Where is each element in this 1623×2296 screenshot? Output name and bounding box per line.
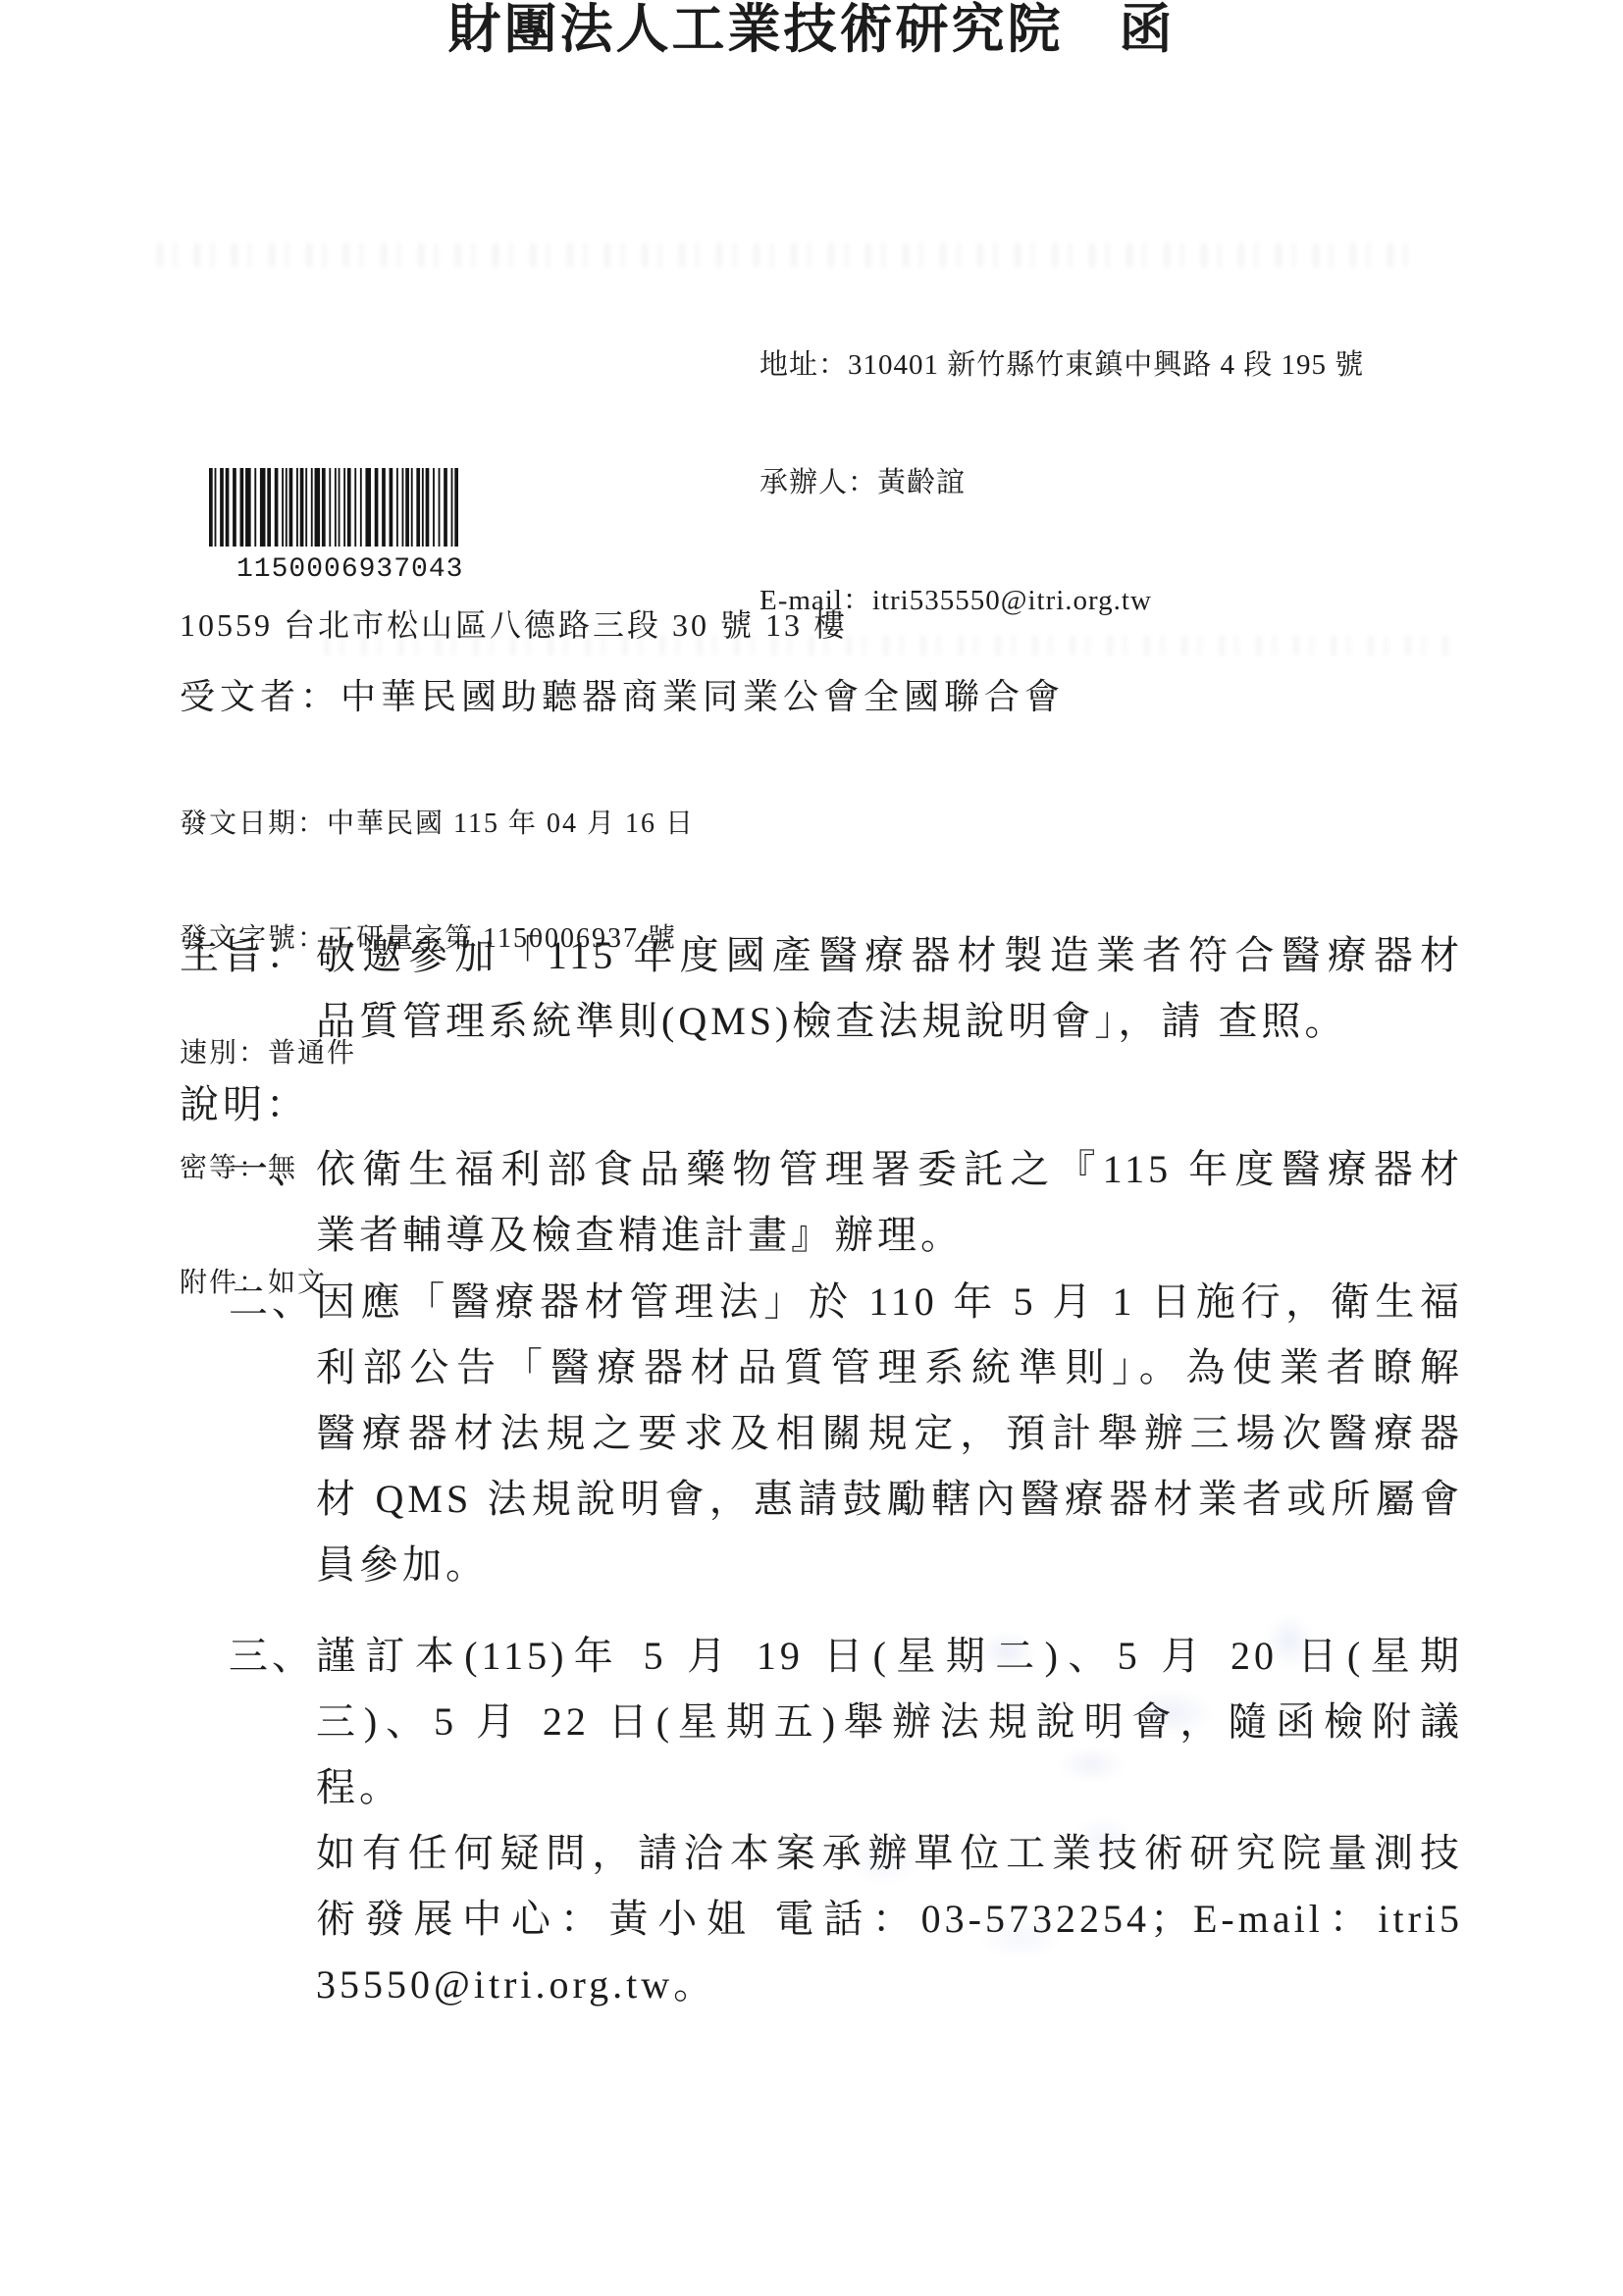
description-line: 員參加。	[316, 1532, 1463, 1597]
description-line: 業者輔導及檢查精進計畫』辦理。	[316, 1202, 1463, 1268]
bleedthrough-artifact	[157, 243, 1423, 267]
letter-page: 財團法人工業技術研究院 函 地址：310401 新竹縣竹東鎮中興路 4 段 19…	[0, 0, 1623, 2296]
subject-section: 主旨： 敬邀參加「115 年度國產醫療器材製造業者符合醫療器材 品質管理系統準則…	[180, 922, 1463, 1054]
description-line: 依衛生福利部食品藥物管理署委託之『115 年度醫療器材	[316, 1136, 1463, 1202]
barcode-bars	[209, 468, 458, 547]
description-line: 程。	[316, 1754, 1463, 1820]
subject-line: 敬邀參加「115 年度國產醫療器材製造業者符合醫療器材	[316, 922, 1463, 988]
description-line: 謹訂本(115)年 5 月 19 日(星期二)、5 月 20 日(星期	[316, 1623, 1463, 1689]
description-item-1: 一、 依衛生福利部食品藥物管理署委託之『115 年度醫療器材 業者輔導及檢查精進…	[229, 1136, 1463, 1268]
description-item-3: 三、 謹訂本(115)年 5 月 19 日(星期二)、5 月 20 日(星期 三…	[229, 1623, 1463, 1820]
description-label: 說明：	[180, 1071, 309, 1137]
item-lines: 依衛生福利部食品藥物管理署委託之『115 年度醫療器材 業者輔導及檢查精進計畫』…	[316, 1136, 1463, 1268]
issue-date-line: 發文日期：中華民國 115 年 04 月 16 日	[180, 805, 695, 843]
sender-address-line: 地址：310401 新竹縣竹東鎮中興路 4 段 195 號	[759, 345, 1364, 385]
item-number: 二、	[229, 1269, 316, 1597]
item-number: 一、	[229, 1136, 316, 1268]
subject-lines: 敬邀參加「115 年度國產醫療器材製造業者符合醫療器材 品質管理系統準則(QMS…	[316, 922, 1463, 1054]
sender-email-line: E-mail：itri535550@itri.org.tw	[759, 581, 1364, 620]
description-item-2: 二、 因應「醫療器材管理法」於 110 年 5 月 1 日施行，衛生福 利部公告…	[229, 1269, 1463, 1597]
description-line: 醫療器材法規之要求及相關規定，預計舉辦三場次醫療器	[316, 1400, 1463, 1466]
item-lines: 因應「醫療器材管理法」於 110 年 5 月 1 日施行，衛生福 利部公告「醫療…	[316, 1269, 1463, 1597]
closing-line: 35550@itri.org.tw。	[316, 1952, 1463, 2017]
description-line: 三)、5 月 22 日(星期五)舉辦法規說明會，隨函檢附議	[316, 1689, 1463, 1754]
addressee-line: 受文者：中華民國助聽器商業同業公會全國聯合會	[180, 675, 1065, 718]
document-title: 財團法人工業技術研究院 函	[0, 0, 1623, 59]
closing-line: 術發展中心：黃小姐 電話：03-5732254；E-mail：itri5	[316, 1886, 1463, 1952]
barcode: 1150006937043	[209, 468, 458, 547]
sender-info-block: 地址：310401 新竹縣竹東鎮中興路 4 段 195 號 承辦人：黃齡誼 E-…	[759, 267, 1364, 699]
item-lines: 謹訂本(115)年 5 月 19 日(星期二)、5 月 20 日(星期 三)、5…	[316, 1623, 1463, 1820]
description-line: 利部公告「醫療器材品質管理系統準則」。為使業者瞭解	[316, 1334, 1463, 1400]
recipient-postal-address: 10559 台北市松山區八德路三段 30 號 13 樓	[180, 605, 848, 645]
sender-contact-person-line: 承辦人：黃齡誼	[759, 463, 1364, 502]
description-line: 材 QMS 法規說明會，惠請鼓勵轄內醫療器材業者或所屬會	[316, 1466, 1463, 1532]
closing-paragraph: 如有任何疑問，請洽本案承辦單位工業技術研究院量測技 術發展中心：黃小姐 電話：0…	[316, 1820, 1463, 2017]
description-line: 因應「醫療器材管理法」於 110 年 5 月 1 日施行，衛生福	[316, 1269, 1463, 1334]
subject-label: 主旨：	[180, 922, 316, 1054]
barcode-number: 1150006937043	[236, 554, 463, 585]
item-number: 三、	[229, 1623, 316, 1820]
closing-line: 如有任何疑問，請洽本案承辦單位工業技術研究院量測技	[316, 1820, 1463, 1886]
subject-line: 品質管理系統準則(QMS)檢查法規說明會」，請 查照。	[316, 988, 1463, 1054]
